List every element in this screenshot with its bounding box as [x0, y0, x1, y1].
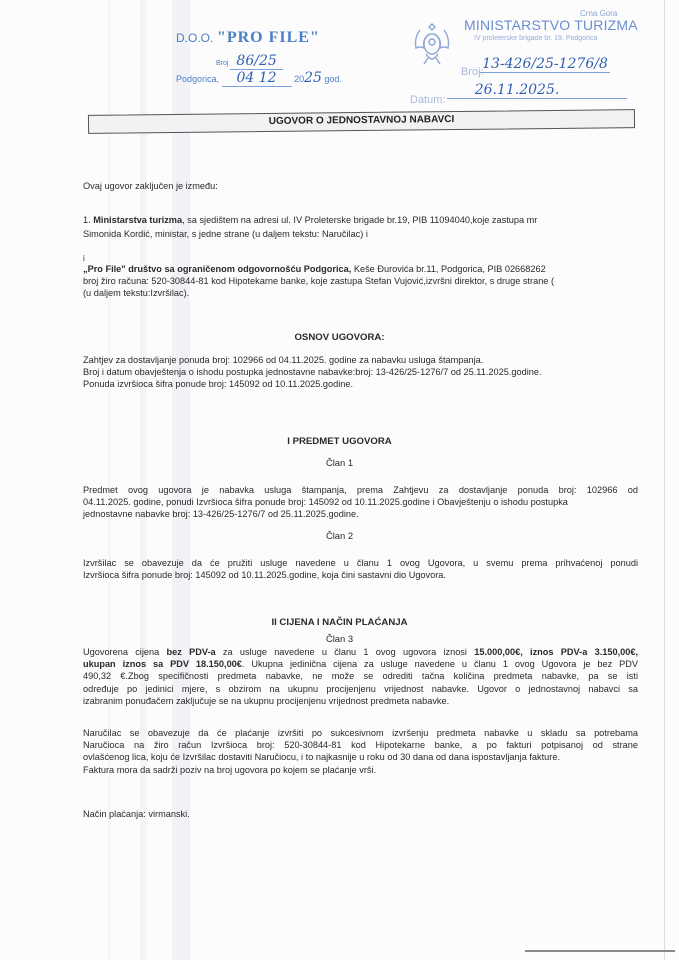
clan-2-line: Izvršioca šifra ponude broj: 145092 od 1…: [83, 569, 638, 581]
clan-3-text-part: . Ukupna jedinična cijena za usluge nave…: [242, 659, 638, 669]
clan-3-label: Član 3: [0, 633, 679, 645]
party-2-line-1: „Pro File" društvo sa ograničenom odgovo…: [83, 263, 638, 275]
clan-1-line: Predmet ovog ugovora je nabavka usluga š…: [83, 484, 638, 496]
clan-1-line: jednostavne nabavke broj: 13-426/25-1276…: [83, 508, 638, 520]
section-1-heading: I PREDMET UGOVORA: [0, 436, 679, 448]
party-1-line-2: Simonida Kordić, ministar, s jedne stran…: [83, 228, 638, 240]
party-1-number: 1.: [83, 215, 91, 225]
party-2-line-3: (u daljem tekstu:Izvršilac).: [83, 287, 638, 299]
party-2-details: Keše Đurovića br.11, Podgorica, PIB 0266…: [351, 264, 545, 274]
clan-3-text-part: za usluge navedene u članu 1 ovog ugovor…: [216, 647, 475, 657]
clan-1-label: Član 1: [0, 457, 679, 469]
clan-2-text: Izvršilac se obavezuje da će pružiti usl…: [83, 557, 638, 581]
osnov-line: Zahtjev za dostavljanje ponuda broj: 102…: [83, 354, 638, 366]
clan-1-line: 04.11.2025. godine, ponudi Izvršioca šif…: [83, 496, 638, 508]
document-body: Ovaj ugovor zaključen je između: 1. Mini…: [0, 0, 679, 960]
party-2-name: „Pro File" društvo sa ograničenom odgovo…: [83, 264, 351, 274]
clan-3-total-amount: ukupan iznos sa PDV 18.150,00€: [83, 659, 242, 669]
clan-3-line-2: ukupan iznos sa PDV 18.150,00€. Ukupna j…: [83, 658, 638, 670]
clan-3-bold-part: bez PDV-a: [166, 647, 215, 657]
osnov-line: Broj i datum obavještenja o ishodu postu…: [83, 366, 638, 378]
payment-line: Naručioca na žiro račun Izvršioca broj: …: [83, 739, 638, 751]
clan-2-label: Član 2: [0, 530, 679, 542]
party-2-conjunction: i: [83, 254, 638, 263]
clan-3-line-1: Ugovorena cijena bez PDV-a za usluge nav…: [83, 646, 638, 658]
payment-line: ovlašćenog lica, koju će Izvršilac dosta…: [83, 751, 638, 763]
clan-3-text-part: Ugovorena cijena: [83, 647, 166, 657]
party-1-details: , sa sjedištem na adresi ul. IV Proleter…: [182, 215, 537, 225]
party-1-line-1: 1. Ministarstva turizma, sa sjedištem na…: [83, 214, 638, 226]
section-2-heading: II CIJENA I NAČIN PLAĆANJA: [0, 617, 679, 629]
clan-3-line-5: izabranim ponuđačem zaključuje se na uku…: [83, 695, 638, 707]
payment-line: Faktura mora da sadrži poziv na broj ugo…: [83, 764, 638, 776]
payment-terms: Naručilac se obavezuje da će plaćanje iz…: [83, 727, 638, 776]
clan-3-text: Ugovorena cijena bez PDV-a za usluge nav…: [83, 646, 638, 707]
party-1-name: Ministarstva turizma: [93, 215, 182, 225]
clan-3-line-3: 490,32 €.Zbog specifičnosti predmeta nab…: [83, 670, 638, 682]
osnov-list: Zahtjev za dostavljanje ponuda broj: 102…: [83, 354, 638, 391]
intro-text: Ovaj ugovor zaključen je između:: [83, 180, 638, 192]
osnov-line: Ponuda izvršioca šifra ponude broj: 1450…: [83, 378, 638, 390]
party-2-line-2: broj žiro računa: 520-30844-81 kod Hipot…: [83, 275, 638, 287]
clan-2-line: Izvršilac se obavezuje da će pružiti usl…: [83, 557, 638, 569]
party-1: 1. Ministarstva turizma, sa sjedištem na…: [83, 214, 638, 240]
clan-1-text: Predmet ovog ugovora je nabavka usluga š…: [83, 484, 638, 521]
payment-method: Način plaćanja: virmanski.: [83, 808, 638, 820]
party-2: i „Pro File" društvo sa ograničenom odgo…: [83, 254, 638, 300]
payment-line: Naručilac se obavezuje da će plaćanje iz…: [83, 727, 638, 739]
osnov-heading: OSNOV UGOVORA:: [0, 332, 679, 344]
clan-3-line-4: određuje po jedinici mjere, s obzirom na…: [83, 683, 638, 695]
clan-3-price-amounts: 15.000,00€, iznos PDV-a 3.150,00€,: [474, 647, 638, 657]
